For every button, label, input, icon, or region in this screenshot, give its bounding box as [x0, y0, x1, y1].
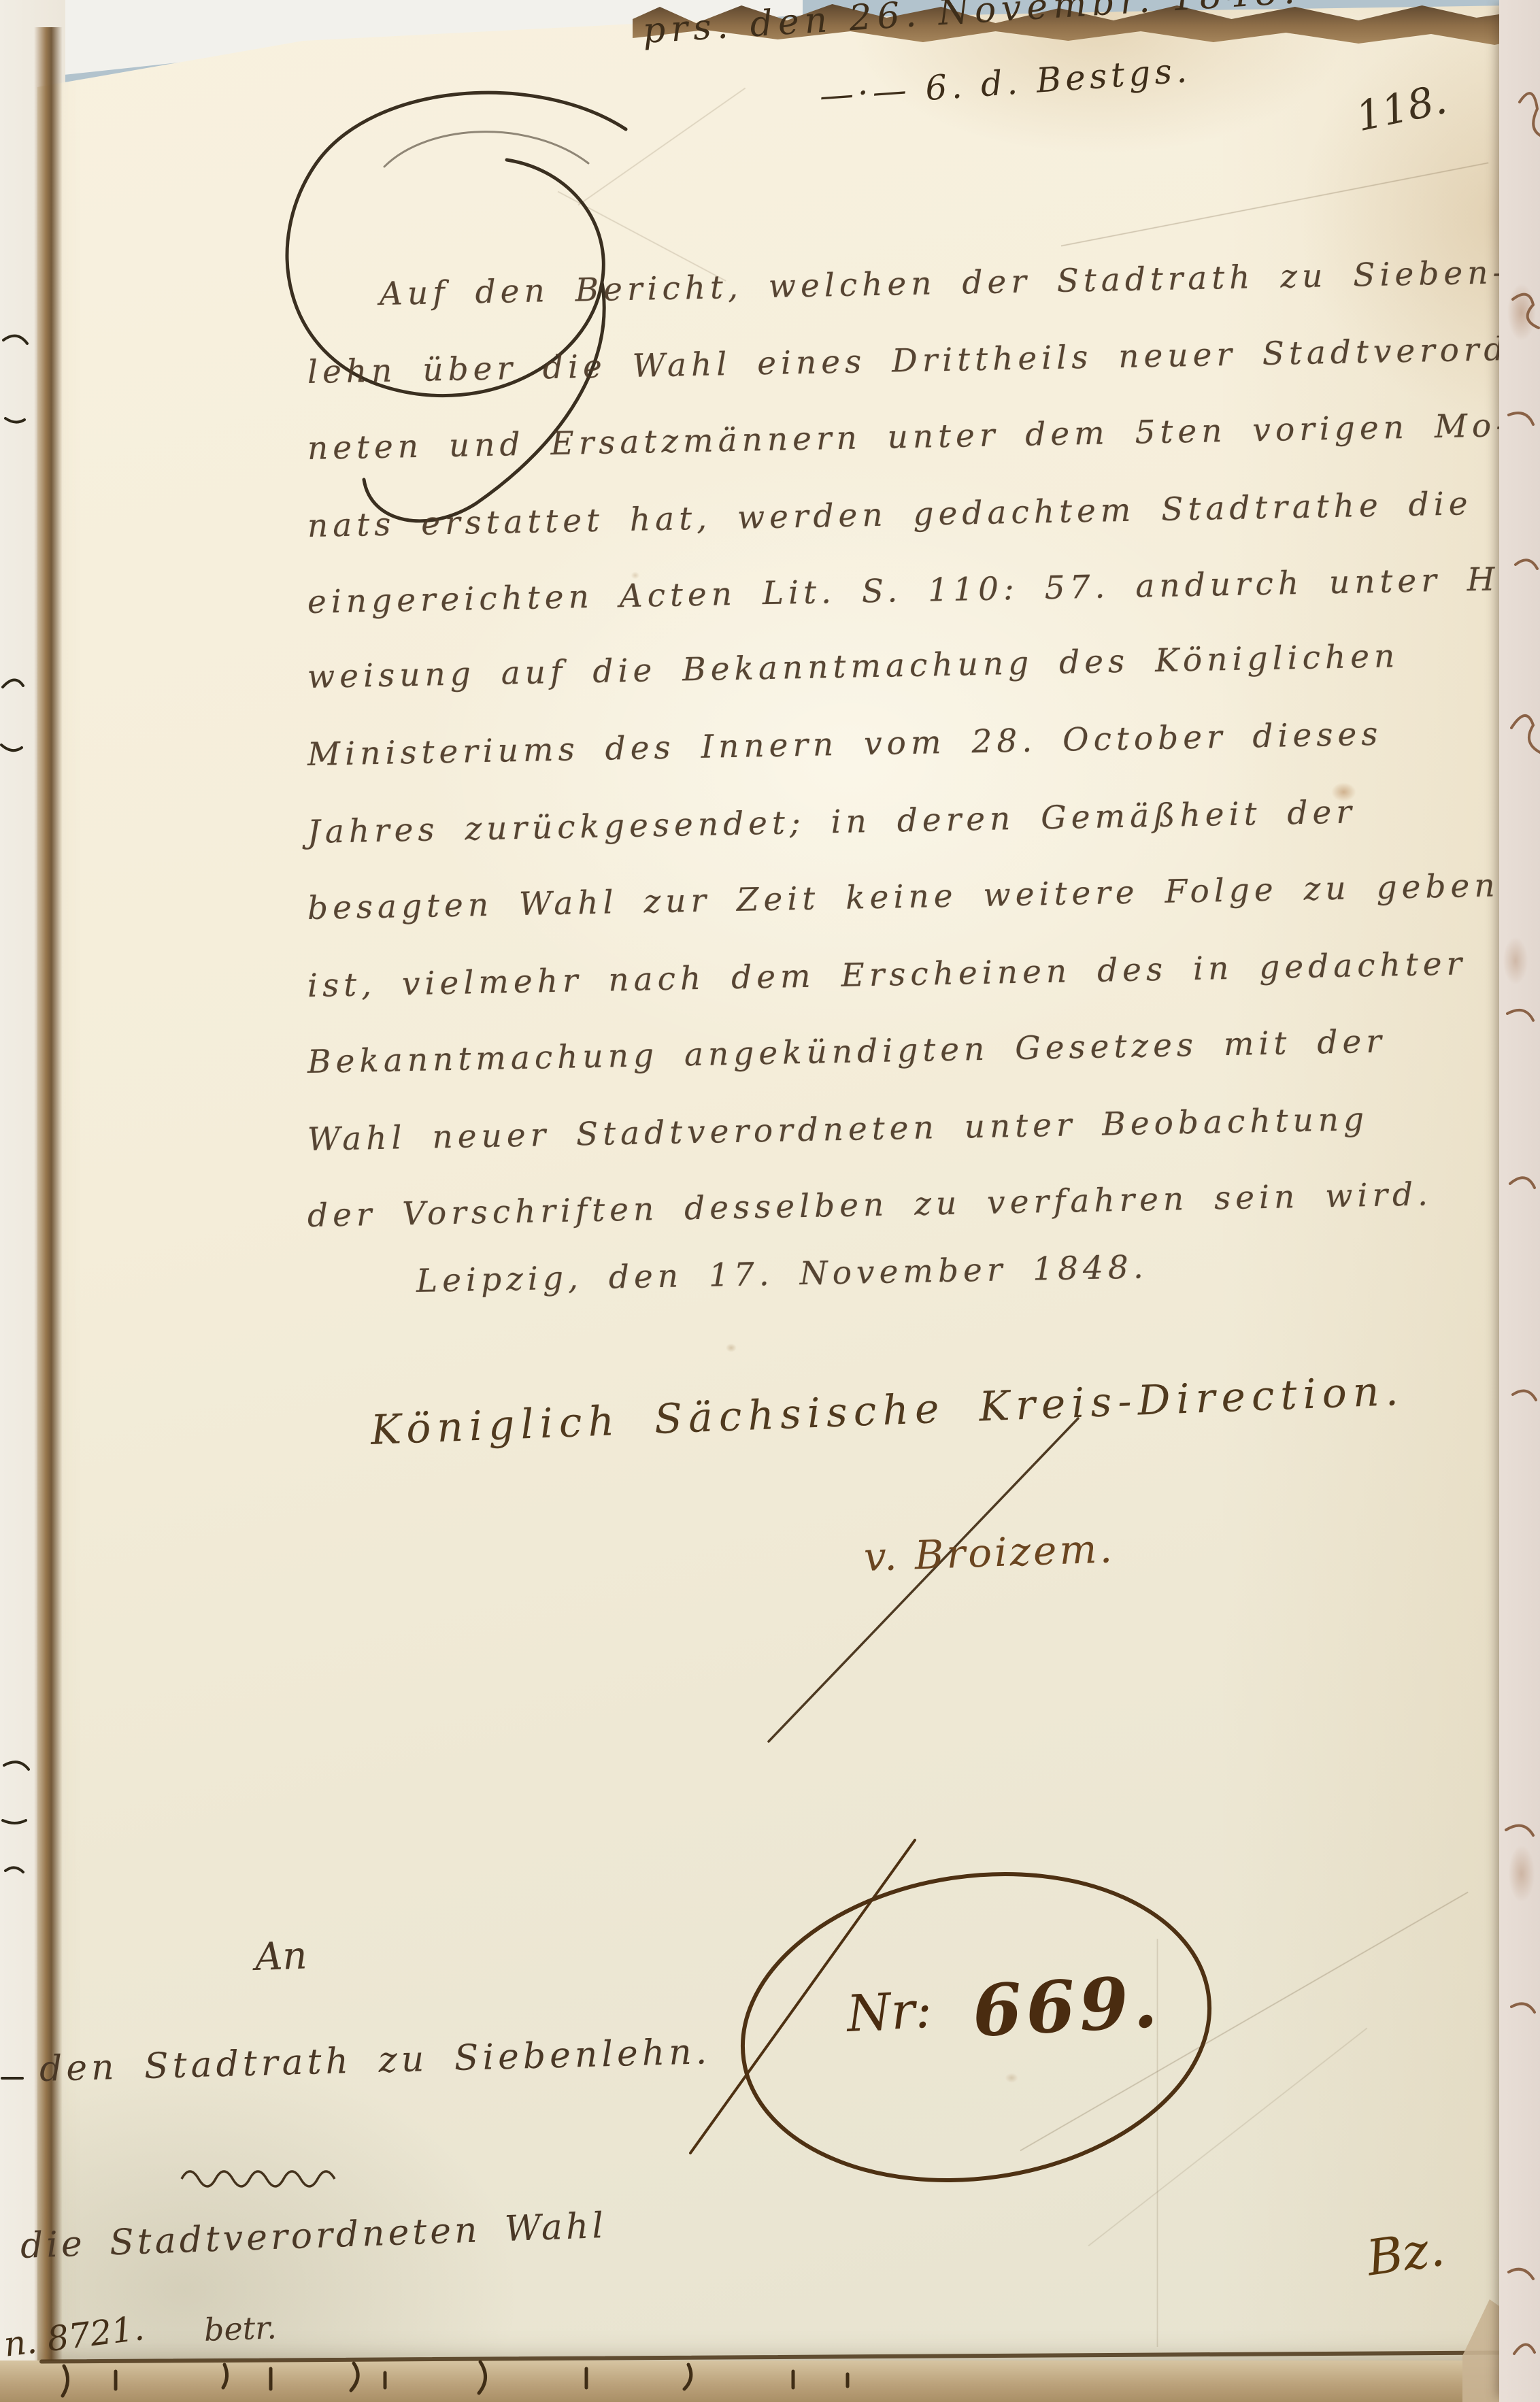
document-scan: prs. den 26. Novembr. 1848. —·— 6. d. Be…	[0, 0, 1540, 2402]
ink-fragments-right	[1499, 0, 1540, 2402]
clerk-initials: Bz.	[1363, 2220, 1447, 2287]
signature-slash	[748, 1401, 1102, 1755]
address-subject-betr: betr.	[203, 2309, 278, 2348]
reference-number-label: Nr:	[846, 1981, 933, 2044]
ink-fragments-left	[0, 0, 34, 2402]
opening-flourish	[245, 88, 762, 565]
signature: v. Broizem.	[863, 1525, 1116, 1580]
ink-fragments-bottom	[0, 2359, 1540, 2402]
gutter-fold-shadow	[34, 27, 64, 2402]
address-salutation: An	[254, 1933, 308, 1980]
separator-squiggle	[178, 2162, 382, 2189]
reference-number-value: 669.	[971, 1960, 1163, 2053]
